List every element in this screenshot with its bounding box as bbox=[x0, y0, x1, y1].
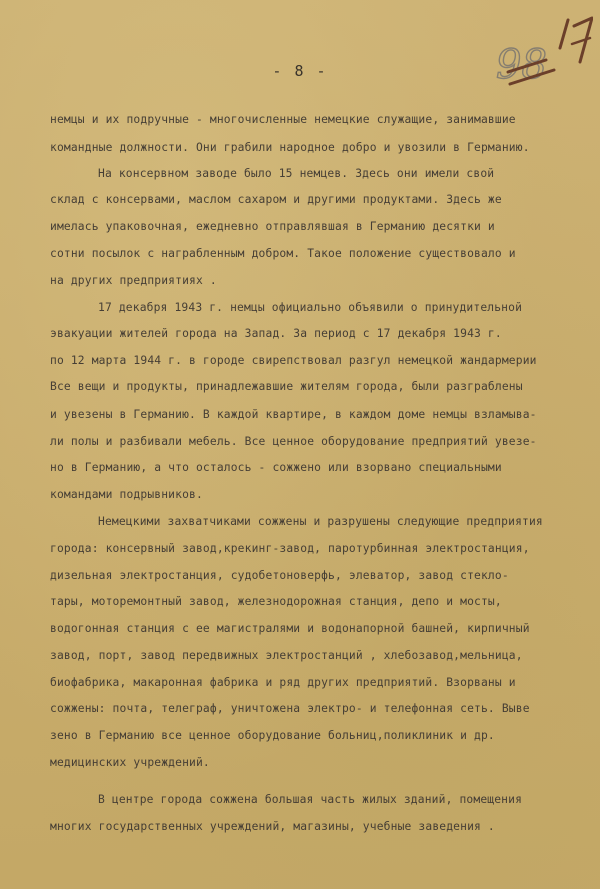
text-line: сотни посылок с награбленным добром. Так… bbox=[50, 247, 516, 261]
text-line: тары, моторемонтный завод, железнодорожн… bbox=[50, 595, 502, 609]
text-line: биофабрика, макаронная фабрика и ряд дру… bbox=[50, 676, 516, 690]
text-line: 17 декабря 1943 г. немцы официально объя… bbox=[98, 301, 522, 315]
text-line: водогонная станция с ее магистралями и в… bbox=[50, 622, 530, 636]
text-line: завод, порт, завод передвижных электрост… bbox=[50, 649, 523, 663]
archive-folio-mark: 98 bbox=[488, 8, 593, 98]
text-line: Немецкими захватчиками сожжены и разруше… bbox=[98, 515, 543, 529]
text-line: по 12 марта 1944 г. в городе свирепствов… bbox=[50, 354, 537, 368]
text-line: зено в Германию все ценное оборудование … bbox=[50, 729, 495, 743]
text-line: В центре города сожжена большая часть жи… bbox=[98, 793, 522, 807]
text-line: на других предприятиях . bbox=[50, 274, 217, 288]
text-line: имелась упаковочная, ежедневно отправляв… bbox=[50, 220, 495, 234]
text-line: и увезены в Германию. В каждой квартире,… bbox=[50, 408, 537, 422]
text-line: эвакуации жителей города на Запад. За пе… bbox=[50, 327, 502, 341]
text-line: ли полы и разбивали мебель. Все ценное о… bbox=[50, 435, 537, 449]
text-line: командные должности. Они грабили народно… bbox=[50, 141, 530, 155]
text-line: немцы и их подручные - многочисленные не… bbox=[50, 113, 516, 127]
text-line: Все вещи и продукты, принадлежавшие жите… bbox=[50, 380, 523, 394]
text-line: сожжены: почта, телеграф, уничтожена эле… bbox=[50, 702, 530, 716]
text-line: командами подрывников. bbox=[50, 488, 203, 502]
text-line: медицинских учреждений. bbox=[50, 756, 210, 770]
text-line: но в Германию, а что осталось - сожжено … bbox=[50, 461, 502, 475]
text-line: На консервном заводе было 15 немцев. Зде… bbox=[98, 167, 494, 181]
text-line: склад с консервами, маслом сахаром и дру… bbox=[50, 193, 502, 207]
text-line: дизельная электростанция, судобетоноверф… bbox=[50, 569, 509, 583]
handwritten-folio-number-icon: 98 bbox=[488, 8, 593, 98]
text-line: города: консервный завод,крекинг-завод, … bbox=[50, 542, 530, 556]
text-line: многих государственных учреждений, магаз… bbox=[50, 820, 495, 834]
page-number: - 8 - bbox=[0, 62, 600, 80]
document-page: 98 - 8 - немцы и их подручные - многочис… bbox=[0, 0, 600, 889]
